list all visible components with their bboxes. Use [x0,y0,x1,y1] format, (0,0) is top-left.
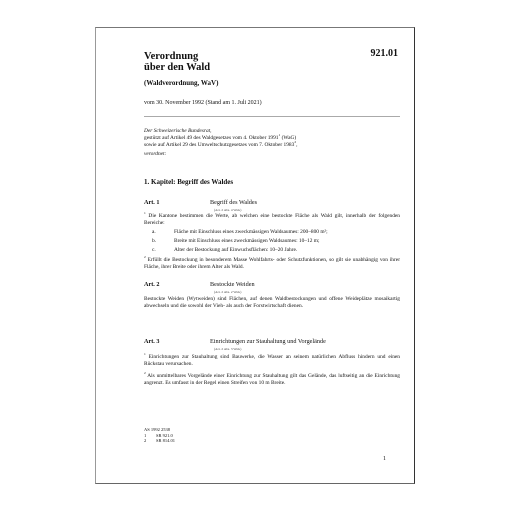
article-paragraph: 2 Erfüllt die Bestockung in besonderem M… [144,257,400,271]
article-number: Art. 1 [144,199,159,206]
preamble-basis-1: gestützt auf Artikel 49 des Waldgesetzes… [144,135,297,142]
list-marker: c. [152,247,156,253]
article-ref: (Art. 2 Abs. 2 WaG) [214,290,241,294]
article-title: Einrichtungen zur Stauhaltung und Vorgel… [210,338,326,345]
article-ref: (Art. 2 Abs. 3 WaG) [214,347,241,351]
document-subtitle: (Waldverordnung, WaV) [144,79,218,87]
chapter-heading: 1. Kapitel: Begriff des Waldes [144,178,233,186]
para-number: 2 [144,371,146,375]
article-paragraph: 2 Als unmittelbares Vorgelände einer Ein… [144,373,400,387]
para-text: Die Kantone bestimmen die Werte, ab welc… [144,213,400,226]
document-title: Verordnung über den Wald [144,51,210,73]
article-paragraph: 1 Die Kantone bestimmen die Werte, ab we… [144,213,400,227]
basis-text: gestützt auf Artikel 49 des Waldgesetzes… [144,135,279,141]
article-paragraph: Bestockte Weiden (Wytweiden) sind Fläche… [144,296,400,310]
preamble: Der Schweizerische Bundesrat, gestützt a… [144,128,297,158]
para-text: Erfüllt die Bestockung in besonderem Mas… [144,257,400,270]
list-marker: a. [152,229,156,235]
document-date: vom 30. November 1992 (Stand am 1. Juli … [144,100,262,106]
list-marker: b. [152,238,156,244]
article-number: Art. 3 [144,338,159,345]
preamble-verb: verordnet: [144,151,297,158]
title-line-2: über den Wald [144,62,210,73]
footnote-link[interactable]: SR 814.01 [156,438,175,443]
footnote-number: 2 [144,438,156,444]
basis-text: , [296,142,297,148]
para-text: Einrichtungen zur Stauhaltung sind Bauwe… [144,354,400,367]
list-item: Alter der Bestockung auf Einwuchsflächen… [174,247,297,253]
list-item: Breite mit Einschluss eines zweckmässige… [174,238,319,244]
footnotes: AS 1992 2538 1SR 921.0 2SR 814.01 [144,427,175,444]
header-divider [144,116,400,117]
para-number: 2 [144,255,146,259]
page-number: 1 [383,456,386,462]
para-number: 1 [144,352,146,356]
preamble-basis-2: sowie auf Artikel 29 des Umweltschutzges… [144,142,297,149]
list-item: Fläche mit Einschluss eines zweckmässige… [174,229,328,235]
article-title: Bestockte Weiden [210,281,255,288]
title-line-1: Verordnung [144,51,210,62]
preamble-authority: Der Schweizerische Bundesrat, [144,128,297,135]
footnote-link[interactable]: SR 921.0 [156,433,173,438]
footnote-item: 2SR 814.01 [144,438,175,444]
sr-number: 921.01 [371,48,399,59]
para-text: Als unmittelbares Vorgelände einer Einri… [144,373,400,386]
article-ref: (Art. 2 Abs. 4 WaG) [214,208,241,212]
article-title: Begriff des Waldes [210,199,257,206]
article-paragraph: 1 Einrichtungen zur Stauhaltung sind Bau… [144,354,400,368]
para-number: 1 [144,211,146,215]
article-number: Art. 2 [144,281,159,288]
basis-text: sowie auf Artikel 29 des Umweltschutzges… [144,142,294,148]
document-page: Verordnung über den Wald (Waldverordnung… [95,27,415,484]
